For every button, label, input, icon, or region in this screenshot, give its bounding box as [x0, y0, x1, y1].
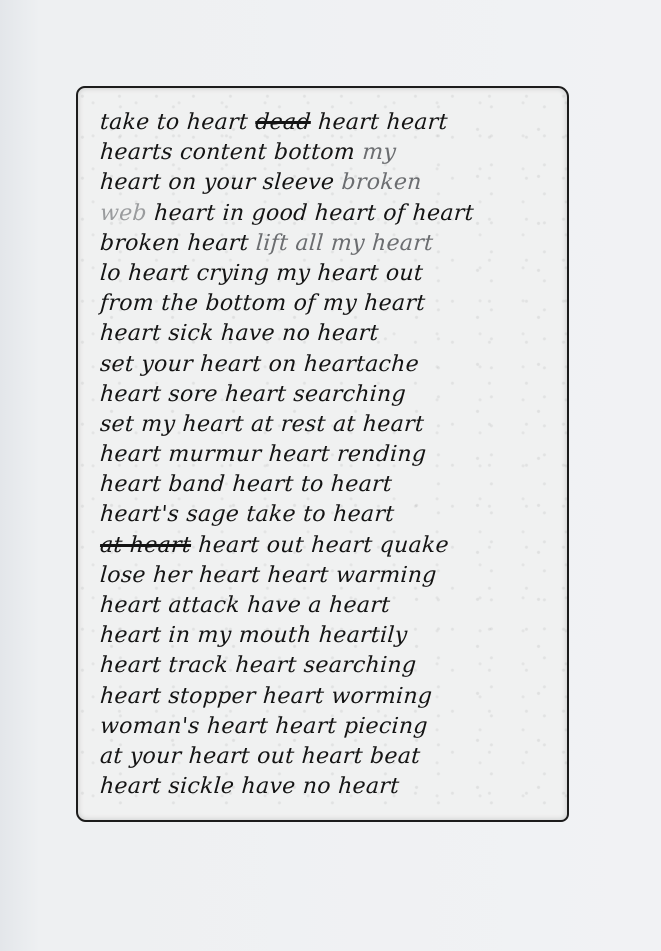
- line-text: woman's heart heart piecing: [99, 714, 428, 739]
- text-line-21: woman's heart heart piecing: [99, 712, 561, 742]
- text-line-3: heart on your sleeve broken: [99, 168, 561, 198]
- text-line-8: heart sick have no heart: [99, 319, 561, 349]
- struck-text: dead: [254, 110, 311, 135]
- line-text: take to heart: [99, 110, 256, 135]
- text-line-12: heart murmur heart rending: [99, 440, 561, 470]
- line-tail: heart heart: [310, 110, 449, 135]
- text-line-1: take to heart dead heart heart: [99, 108, 561, 138]
- line-text: set your heart on heartache: [99, 352, 420, 377]
- text-line-17: heart attack have a heart: [99, 591, 561, 621]
- line-text: heart on your sleeve: [99, 170, 335, 195]
- line-text: from the bottom of my heart: [99, 291, 426, 316]
- etching-plate: take to heart dead heart heart hearts co…: [76, 86, 569, 822]
- line-text: lose her heart heart warming: [99, 563, 437, 588]
- line-text: at your heart out heart beat: [99, 744, 421, 769]
- line-tail: heart out heart quake: [190, 533, 450, 558]
- line-text: heart stopper heart worming: [99, 684, 433, 709]
- line-text: set my heart at rest at heart: [99, 412, 425, 437]
- text-line-6: lo heart crying my heart out: [99, 259, 561, 289]
- line-text: heart attack have a heart: [99, 593, 391, 618]
- line-text: heart in good heart: [153, 201, 384, 226]
- line-tail: of heart: [382, 201, 474, 226]
- line-text: heart in my mouth heartily: [99, 623, 408, 648]
- line-text: heart band heart to heart: [99, 472, 393, 497]
- text-line-18: heart in my mouth heartily: [99, 621, 561, 651]
- text-line-7: from the bottom of my heart: [99, 289, 561, 319]
- text-line-23: heart sickle have no heart: [99, 772, 561, 802]
- line-text: heart's sage take to heart: [99, 502, 395, 527]
- line-text: heart track heart searching: [99, 653, 417, 678]
- text-line-19: heart track heart searching: [99, 651, 561, 681]
- text-line-14: heart's sage take to heart: [99, 500, 561, 530]
- line-text: heart murmur heart rending: [99, 442, 427, 467]
- text-line-15: at heart heart out heart quake: [99, 531, 561, 561]
- line-tail: my: [354, 140, 397, 165]
- line-text: lo heart crying my heart out: [99, 261, 424, 286]
- line-tail: broken: [333, 170, 422, 195]
- handwritten-text-block: take to heart dead heart heart hearts co…: [100, 108, 560, 802]
- text-line-10: heart sore heart searching: [99, 380, 561, 410]
- text-line-22: at your heart out heart beat: [99, 742, 561, 772]
- line-tail: lift all my heart: [255, 231, 434, 256]
- text-line-2: hearts content bottom my: [99, 138, 561, 168]
- line-text: broken heart: [99, 231, 257, 256]
- text-line-9: set your heart on heartache: [99, 350, 561, 380]
- line-text: heart sickle have no heart: [99, 774, 400, 799]
- line-text: heart sore heart searching: [99, 382, 407, 407]
- text-line-13: heart band heart to heart: [99, 470, 561, 500]
- ghost-text: web: [99, 201, 155, 226]
- text-line-11: set my heart at rest at heart: [99, 410, 561, 440]
- text-line-16: lose her heart heart warming: [99, 561, 561, 591]
- text-line-5: broken heart lift all my heart: [99, 229, 561, 259]
- line-text: hearts content bottom: [99, 140, 356, 165]
- struck-text: at heart: [99, 533, 192, 558]
- text-line-4: web heart in good heart of heart: [99, 199, 561, 229]
- line-text: heart sick have no heart: [99, 321, 379, 346]
- text-line-20: heart stopper heart worming: [99, 682, 561, 712]
